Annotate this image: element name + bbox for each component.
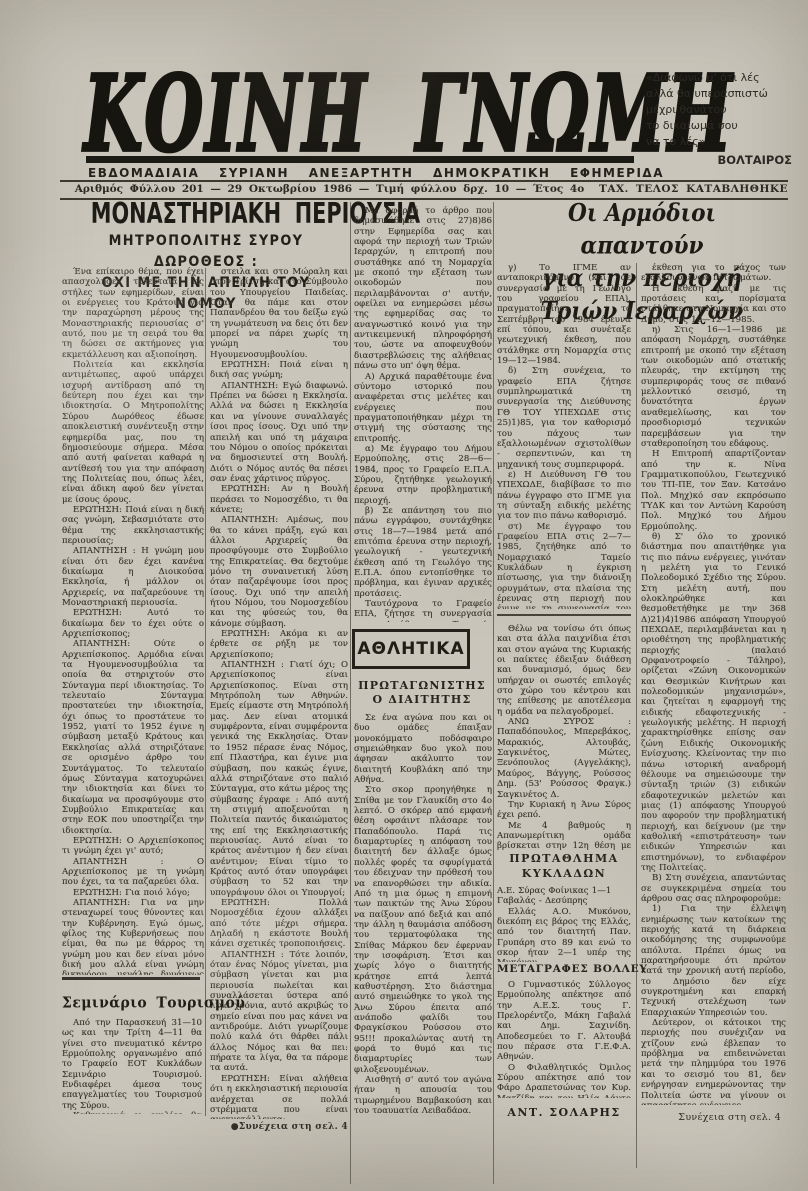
transfers-headline: ΜΕΤΑΓΡΑΦΕΣ ΒΟΛΛΕΥ: [497, 963, 631, 975]
transfers-body: Ο Γυμναστικός Σύλλογος Ερμούπολης απέκτη…: [497, 980, 631, 1098]
column-rule-2: [350, 202, 351, 1184]
newspaper-front-page: ΚΟΙΝΗ ΓΝΩΜΗ «Διαφωνώ μ' ότι λές αλλά θα …: [0, 0, 808, 1191]
masthead-subtitle: ΕΒΔΟΜΑΔΙΑΙΑ ΣΥΡΙΑΝΗ ΑΝΕΞΑΡΤΗΤΗ ΔΗΜΟΚΡΑΤΙ…: [88, 166, 664, 180]
monastic-article-headline: ΜΟΝΑΣΤΗΡΙΑΚΗ ΠΕΡΙΟΥΣΙΑ: [91, 198, 321, 230]
authorities-article-column-3: Με αφορμή το άρθρο που δημοσιεύθηκε στις…: [354, 206, 492, 622]
seminar-headline: Σεμινάριο Τουρισμού: [62, 994, 198, 1012]
league-results: Α.Ε. Σύρας Φοίνικας 1—1Γαβαλάς - Δεσύπρη…: [497, 886, 631, 962]
column-rule-3: [493, 202, 494, 1184]
monastic-article-column-2: στειλα και στο Μώραλη και στον Τρίτση κα…: [210, 267, 348, 1119]
seminar-divider-rule: [62, 977, 200, 980]
authorities-continuation-note: Συνέχεια στη σελ. 4: [641, 1112, 781, 1123]
issue-info: Αριθμός Φύλλου 201 — 29 Οκτωβρίου 1986 —…: [60, 183, 599, 195]
authorities-article-column-5: έκθεση για το πάχος των εξαλλοιωμένων πε…: [641, 263, 786, 1105]
masthead-subtitle-row: ΕΒΔΟΜΑΔΙΑΙΑ ΣΥΡΙΑΝΗ ΑΝΕΞΑΡΤΗΤΗ ΔΗΜΟΚΡΑΤΙ…: [78, 166, 638, 180]
postal-note: ΤΑΧ. ΤΕΛΟΣ ΚΑΤΑΒΛΗΘΗΚΕ: [599, 183, 788, 195]
authorities-article-column-4: γ) Το ΙΓΜΕ αν ανταποκρινόμενο (και σε συ…: [497, 263, 631, 609]
league-headline: ΠΡΩΤΑΘΛΗΜΑ ΚΥΚΛΑΔΩΝ: [497, 852, 631, 881]
monastic-article-column-1: Ένα επίκαιρο θέμα, που έχει απασχολήσει …: [62, 267, 204, 975]
sports-divider-rule: [497, 614, 631, 616]
dateline: Αριθμός Φύλλου 201 — 29 Οκτωβρίου 1986 —…: [60, 183, 788, 195]
sports-column-3: Σε ένα αγώνα που και οι δυο ομάδες έπαιξ…: [354, 713, 492, 1113]
monastic-continuation-note: ●Συνέχεια στη σελ. 4: [210, 1122, 348, 1132]
dateline-rule-top: [60, 180, 788, 182]
masthead-motto-author: ΒΟΛΤΑΙΡΟΣ: [646, 153, 792, 167]
sports-section-box: ΑΘΛΗΤΙΚΑ: [352, 629, 470, 669]
sports-column-4: Θέλω να τονίσω ότι όπως και στα άλλα παι…: [497, 624, 631, 850]
seminar-body: Από την Παρασκευή 31—10 ως και την Τρίτη…: [62, 1018, 202, 1114]
sports-byline: ΑΝΤ. ΣΟΛΑΡΗΣ: [497, 1106, 631, 1119]
sports-match-subhead: ΠΡΩΤΑΓΩΝΙΣΤΗΣ Ο ΔΙΑΙΤΗΤΗΣ: [352, 679, 492, 707]
masthead-underline: [86, 156, 634, 163]
column-rule-4: [636, 263, 637, 1168]
masthead-motto: «Διαφωνώ μ' ότι λές αλλά θα υπερασπιστώ …: [646, 70, 798, 150]
sports-section-title: ΑΘΛΗΤΙΚΑ: [357, 639, 464, 659]
column-rule-1: [205, 268, 206, 1116]
